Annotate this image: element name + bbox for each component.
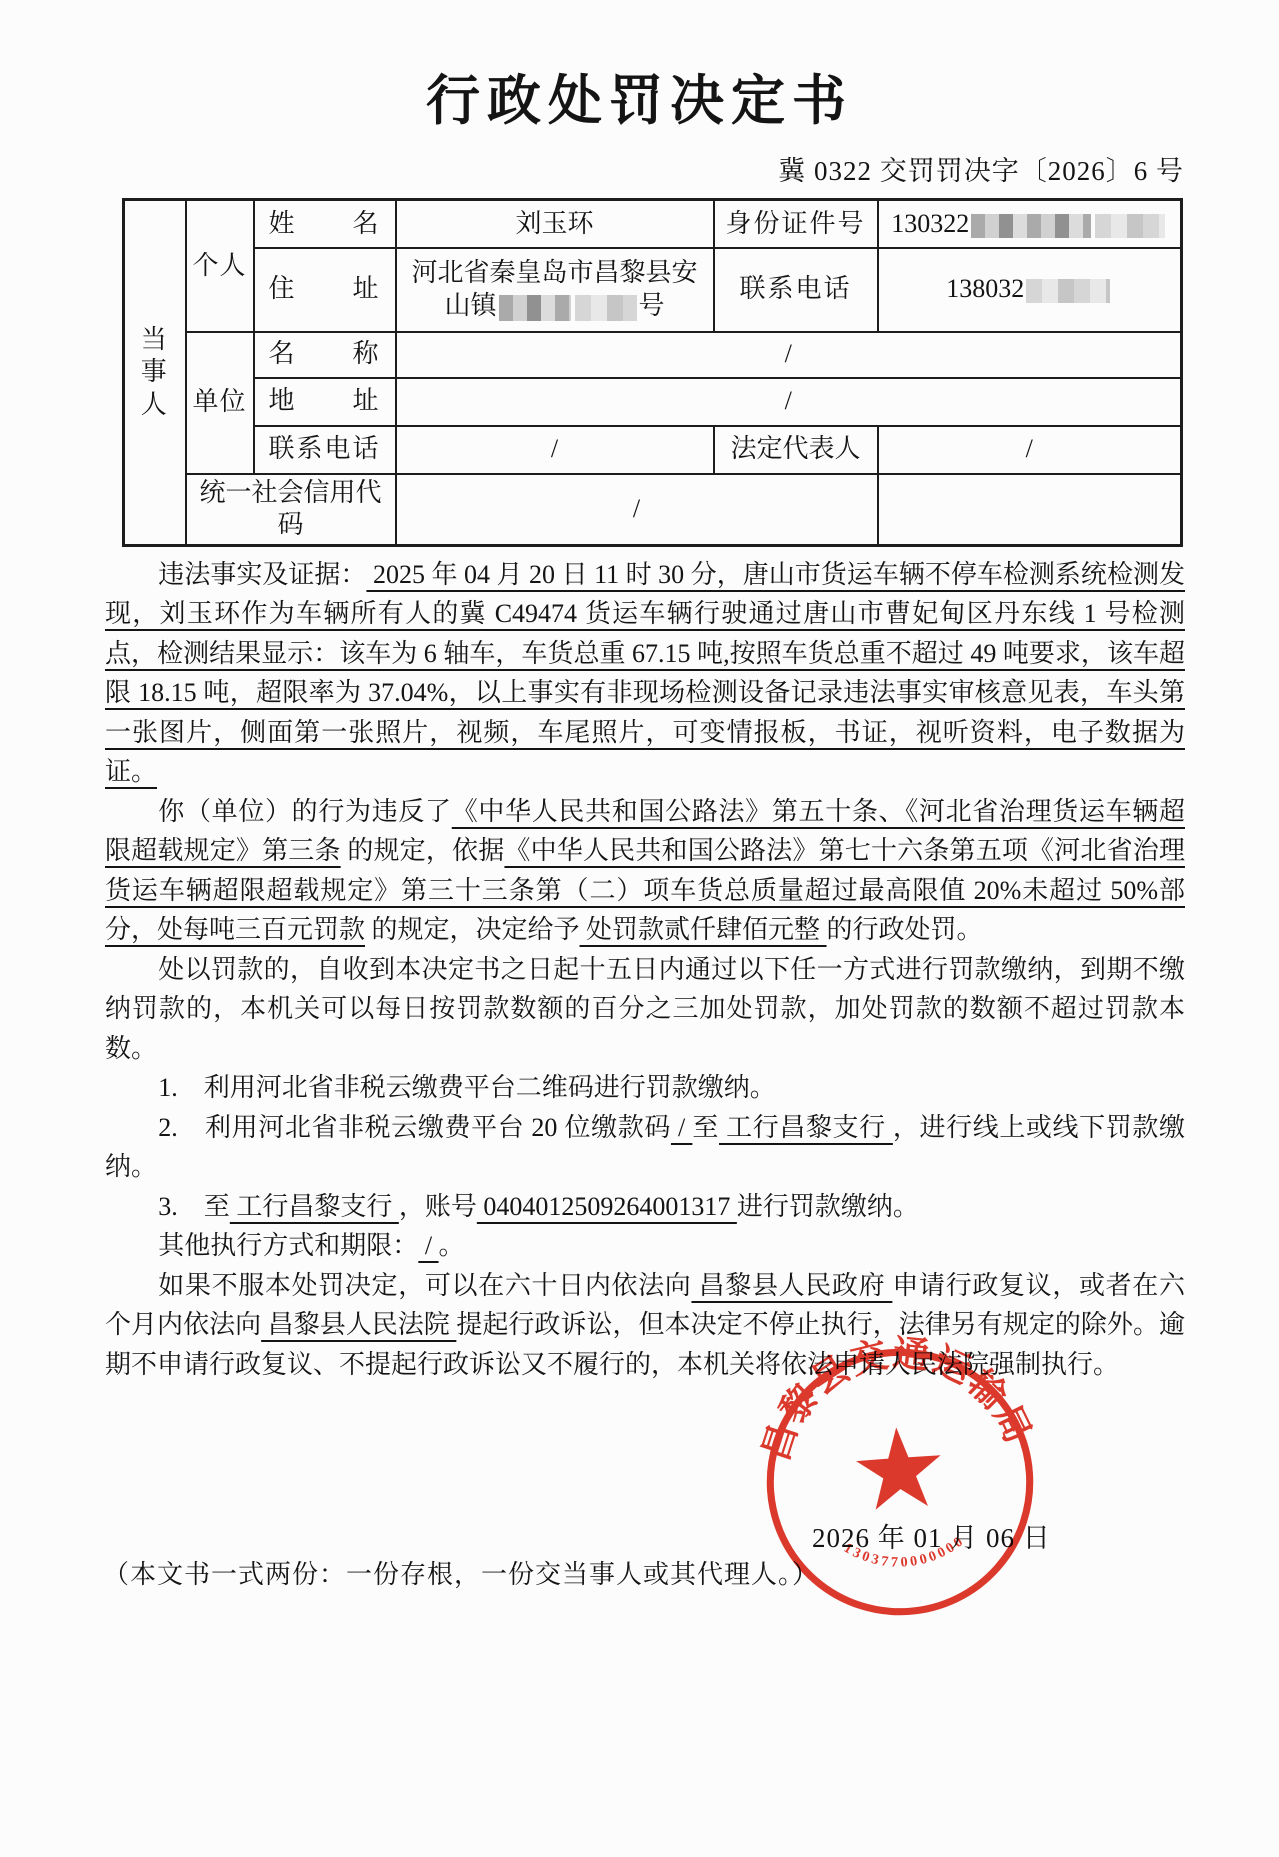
legal-rep-label-cell: 法定代表人	[714, 426, 878, 474]
text-segment: ，账号	[399, 1192, 477, 1221]
party-info-table: 当事人 个人 姓 名 刘玉环 身份证件号 130322 住 址 河北省秦皇岛市昌…	[122, 198, 1183, 547]
table-row: 联系电话 / 法定代表人 /	[124, 426, 1182, 474]
text-segment: 的规定，决定给予	[365, 915, 580, 944]
table-row: 单位 名 称 /	[124, 332, 1182, 378]
page-title: 行政处罚决定书	[0, 0, 1279, 135]
name-value-cell: 刘玉环	[396, 200, 714, 248]
official-seal: 昌黎县交通运输局 1303770000000	[738, 1320, 1062, 1644]
id-label-cell: 身份证件号	[714, 200, 878, 248]
address-line2-suffix: 号	[639, 291, 665, 320]
text-segment: 至	[692, 1113, 719, 1142]
text-segment: 处以罚款的，自收到本决定书之日起十五日内通过以下任一方式进行罚款缴纳，到期不缴纳…	[105, 955, 1185, 1063]
body-paragraph: 处以罚款的，自收到本决定书之日起十五日内通过以下任一方式进行罚款缴纳，到期不缴纳…	[105, 950, 1185, 1069]
text-segment: 其他执行方式和期限：	[158, 1231, 418, 1260]
body-paragraph: 其他执行方式和期限： / 。	[105, 1226, 1185, 1266]
star-icon	[854, 1424, 944, 1510]
text-segment: 违法事实及证据：	[158, 560, 366, 589]
text-segment: 。	[439, 1231, 465, 1260]
body-paragraph: 1. 利用河北省非税云缴费平台二维码进行罚款缴纳。	[105, 1068, 1185, 1108]
body-paragraph: 3. 至 工行昌黎支行 ，账号 0404012509264001317 进行罚款…	[105, 1187, 1185, 1227]
table-row: 地 址 /	[124, 378, 1182, 426]
text-segment: 进行罚款缴纳。	[737, 1192, 919, 1221]
org-address-label-cell: 地 址	[254, 378, 396, 426]
credit-code-value-cell: /	[396, 474, 878, 546]
individual-group-cell: 个人	[186, 200, 254, 332]
id-value-cell: 130322	[878, 200, 1182, 248]
org-phone-value-cell: /	[396, 426, 714, 474]
redaction-block	[1026, 279, 1110, 303]
party-header-cell: 当事人	[124, 200, 186, 546]
org-phone-label-cell: 联系电话	[254, 426, 396, 474]
document-number: 冀 0322 交罚罚决字〔2026〕6 号	[0, 149, 1184, 188]
phone-label-cell: 联系电话	[714, 248, 878, 332]
organization-group-cell: 单位	[186, 332, 254, 474]
redaction-block	[499, 295, 571, 321]
address-value-cell: 河北省秦皇岛市昌黎县安 山镇号	[396, 248, 714, 332]
address-label-cell: 住 址	[254, 248, 396, 332]
text-segment: 的规定，依据	[341, 836, 505, 865]
redaction-block	[971, 214, 1091, 238]
id-value-text: 130322	[891, 209, 969, 238]
credit-code-label-cell: 统一社会信用代码	[186, 474, 396, 546]
name-label-cell: 姓 名	[254, 200, 396, 248]
table-row: 当事人 个人 姓 名 刘玉环 身份证件号 130322	[124, 200, 1182, 248]
filled-in-text: 工行昌黎支行	[230, 1192, 399, 1221]
redaction-block	[1095, 214, 1165, 238]
table-row: 统一社会信用代码 /	[124, 474, 1182, 546]
table-row: 住 址 河北省秦皇岛市昌黎县安 山镇号 联系电话 138032	[124, 248, 1182, 332]
body-paragraph: 违法事实及证据： 2025 年 04 月 20 日 11 时 30 分，唐山市货…	[105, 555, 1185, 792]
filled-in-text: 工行昌黎支行	[719, 1113, 893, 1142]
phone-value-cell: 138032	[878, 248, 1182, 332]
footer-note: （本文书一式两份：一份存根，一份交当事人或其代理人。）	[103, 1554, 819, 1591]
org-name-value-cell: /	[396, 332, 1182, 378]
text-segment: 3. 至	[158, 1192, 230, 1221]
phone-value-text: 138032	[946, 274, 1024, 303]
body-paragraph: 2. 利用河北省非税云缴费平台 20 位缴款码 / 至 工行昌黎支行 ，进行线上…	[105, 1108, 1185, 1187]
redaction-block	[575, 295, 637, 321]
filled-in-text: 昌黎县人民政府	[691, 1271, 892, 1300]
address-line1: 河北省秦皇岛市昌黎县安	[412, 258, 698, 287]
text-segment: 如果不服本处罚决定，可以在六十日内依法向	[158, 1271, 691, 1300]
text-segment: 你（单位）的行为违反了	[158, 797, 451, 826]
filled-in-text: 昌黎县人民法院	[261, 1310, 456, 1339]
text-segment: 的行政处罚。	[827, 915, 983, 944]
org-address-value-cell: /	[396, 378, 1182, 426]
legal-rep-value-cell: /	[878, 426, 1182, 474]
seal-serial: 1303770000000	[840, 1532, 970, 1575]
text-segment: 2. 利用河北省非税云缴费平台 20 位缴款码	[158, 1113, 671, 1142]
address-line2-prefix: 山镇	[444, 291, 496, 320]
filled-in-text: 0404012509264001317	[477, 1192, 737, 1221]
text-segment: 1. 利用河北省非税云缴费平台二维码进行罚款缴纳。	[158, 1073, 776, 1102]
body-paragraphs: 违法事实及证据： 2025 年 04 月 20 日 11 时 30 分，唐山市货…	[105, 555, 1185, 1385]
body-paragraph: 你（单位）的行为违反了《中华人民共和国公路法》第五十条、《河北省治理货运车辆超限…	[105, 792, 1185, 950]
filled-in-text: 2025 年 04 月 20 日 11 时 30 分，唐山市货运车辆不停车检测系…	[105, 560, 1185, 787]
filled-in-text: 处罚款贰仟肆佰元整	[580, 915, 827, 944]
org-name-label-cell: 名 称	[254, 332, 396, 378]
filled-in-text: /	[418, 1231, 438, 1260]
filled-in-text: /	[671, 1113, 692, 1142]
penalty-decision-document: 行政处罚决定书 冀 0322 交罚罚决字〔2026〕6 号 当事人 个人 姓 名…	[0, 0, 1279, 1857]
